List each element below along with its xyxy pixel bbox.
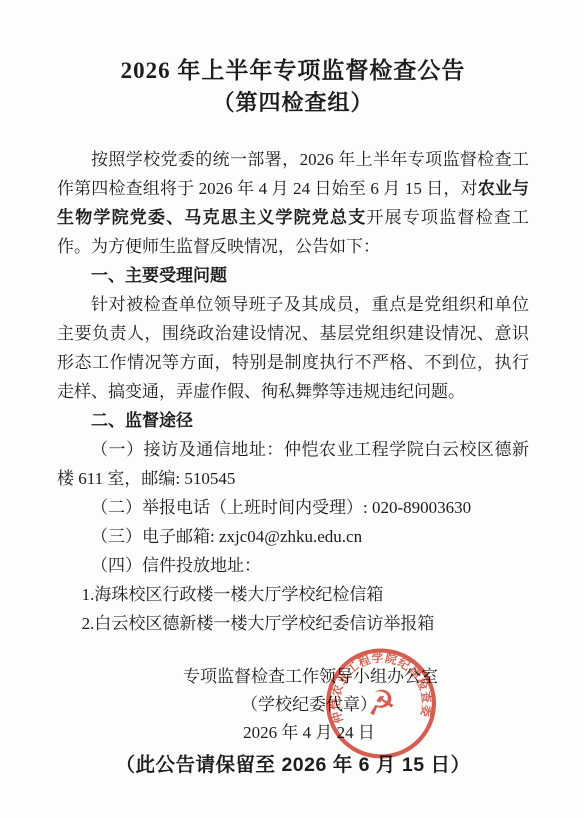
document-page: 2026 年上半年专项监督检查公告 （第四检查组） 按照学校党委的统一部署，20… [0, 0, 584, 818]
section-1-body: 针对被检查单位领导班子及其成员，重点是党组织和单位主要负责人，围绕政治建设情况、… [57, 290, 529, 406]
mailbox-item-1: 1.海珠校区行政楼一楼大厅学校纪检信箱 [57, 580, 529, 609]
mailbox-item-2: 2.白云校区德新楼一楼大厅学校纪委信访举报箱 [57, 609, 529, 638]
intro-text-1: 按照学校党委的统一部署，2026 年上半年专项监督检查工作第四检查组将于 202… [57, 150, 529, 198]
signature-org: 专项监督检查工作领导小组办公室 [183, 663, 435, 691]
contact-item-phone: （二）举报电话（上班时间内受理）: 020-89003630 [57, 493, 529, 522]
document-subtitle: （第四检查组） [57, 87, 529, 119]
section-1-heading: 一、主要受理问题 [57, 261, 529, 290]
contact-item-address: （一）接访及通信地址：仲恺农业工程学院白云校区德新楼 611 室，邮编: 510… [57, 435, 529, 493]
document-title: 2026 年上半年专项监督检查公告 [57, 54, 529, 87]
contact-item-email: （三）电子邮箱: zxjc04@zhku.edu.cn [57, 522, 529, 551]
signature-date: 2026 年 4 月 24 日 [183, 719, 435, 747]
signature-note: （学校纪委代章） [183, 691, 435, 719]
signature-block: 专项监督检查工作领导小组办公室 （学校纪委代章） 2026 年 4 月 24 日 [183, 663, 435, 747]
intro-paragraph: 按照学校党委的统一部署，2026 年上半年专项监督检查工作第四检查组将于 202… [57, 145, 529, 261]
contact-item-mail-drop-heading: （四）信件投放地址： [57, 551, 529, 580]
section-2-heading: 二、监督途径 [57, 406, 529, 435]
retention-notice: （此公告请保留至 2026 年 6 月 15 日） [57, 751, 529, 780]
document-body: 按照学校党委的统一部署，2026 年上半年专项监督检查工作第四检查组将于 202… [57, 145, 529, 638]
